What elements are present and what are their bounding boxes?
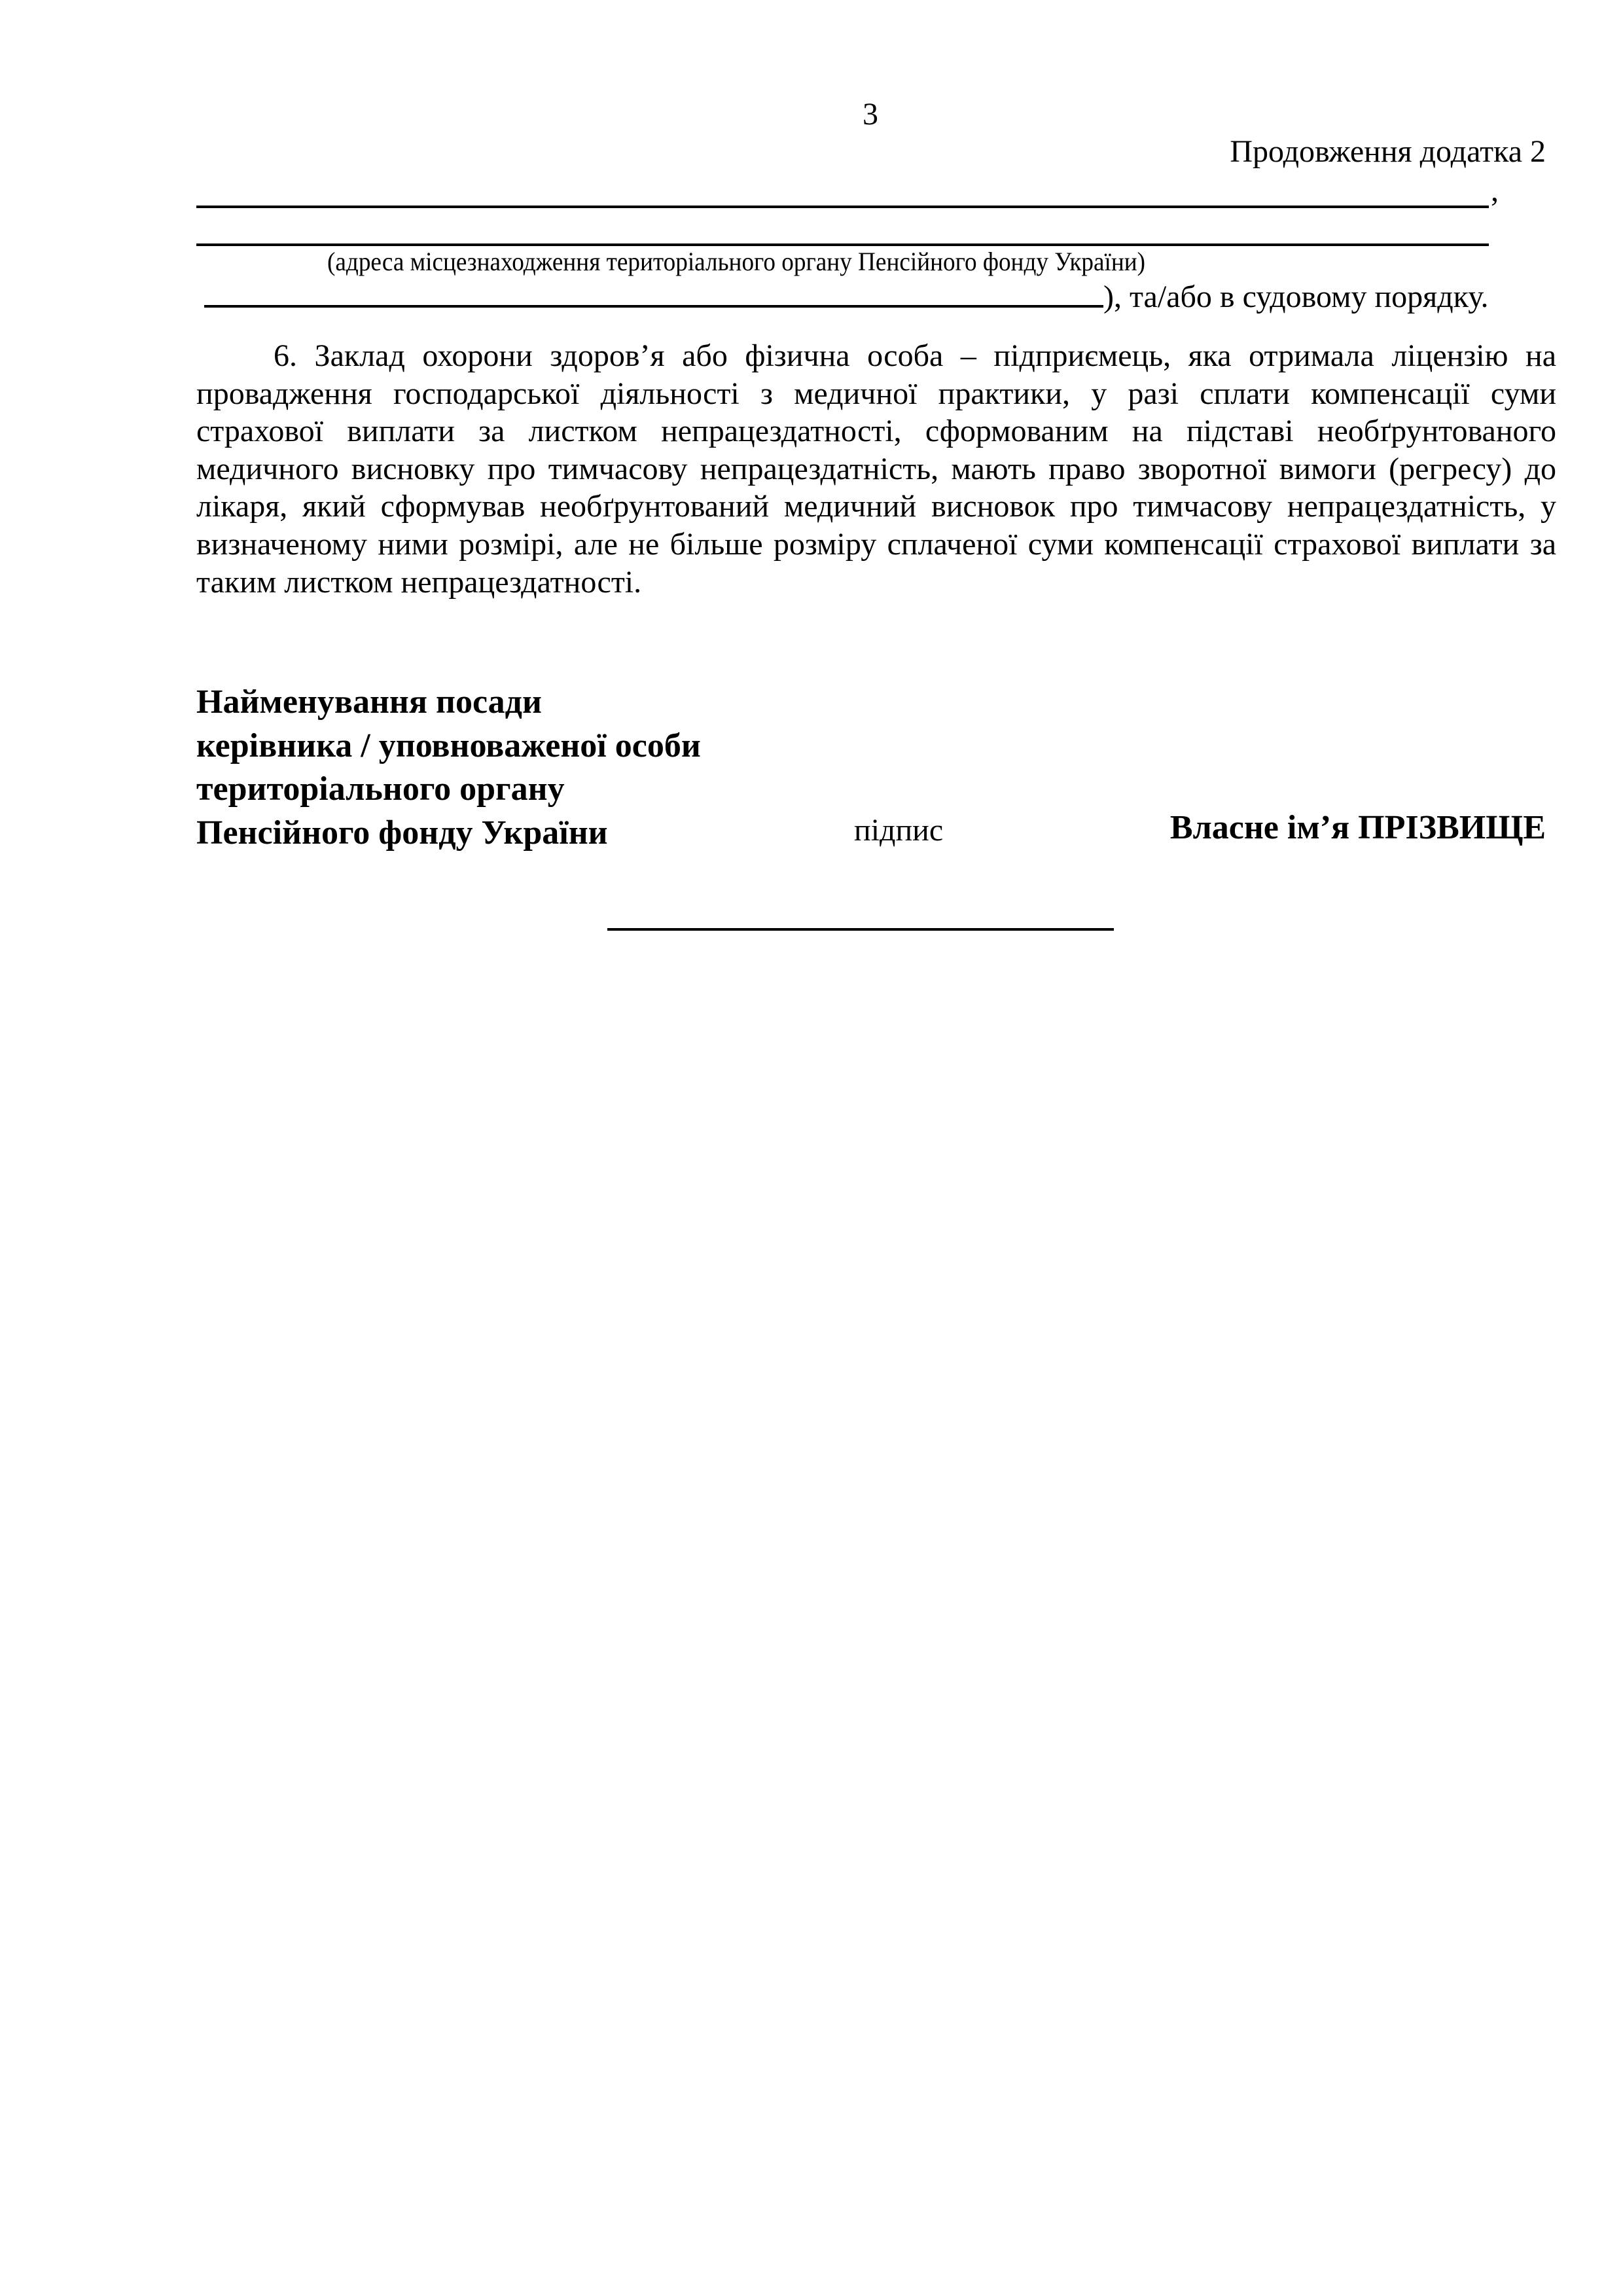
address-blank-line-1 bbox=[196, 206, 1489, 208]
page-number: 3 bbox=[851, 95, 890, 134]
address-line-1-comma: , bbox=[1491, 171, 1499, 211]
position-line: керівника / уповноваженої особи bbox=[196, 725, 701, 768]
signatory-position: Найменування посади керівника / уповнова… bbox=[196, 681, 701, 855]
signatory-name: Власне ім’я ПРІЗВИЩЕ bbox=[1170, 806, 1546, 850]
court-procedure-text: ), та/або в судовому порядку. bbox=[1103, 278, 1488, 317]
address-caption: (адреса місцезнаходження територіального… bbox=[327, 245, 1145, 279]
position-line: Пенсійного фонду України bbox=[196, 812, 701, 855]
address-blank-line-3 bbox=[204, 305, 1103, 308]
end-separator-line bbox=[607, 928, 1114, 931]
position-line: територіального органу bbox=[196, 768, 701, 812]
signature-caption: підпис bbox=[854, 811, 943, 850]
paragraph-6: 6. Заклад охорони здоров’я або фізична о… bbox=[196, 337, 1556, 601]
position-line: Найменування посади bbox=[196, 681, 701, 725]
appendix-continuation-label: Продовження додатка 2 bbox=[1230, 132, 1546, 171]
